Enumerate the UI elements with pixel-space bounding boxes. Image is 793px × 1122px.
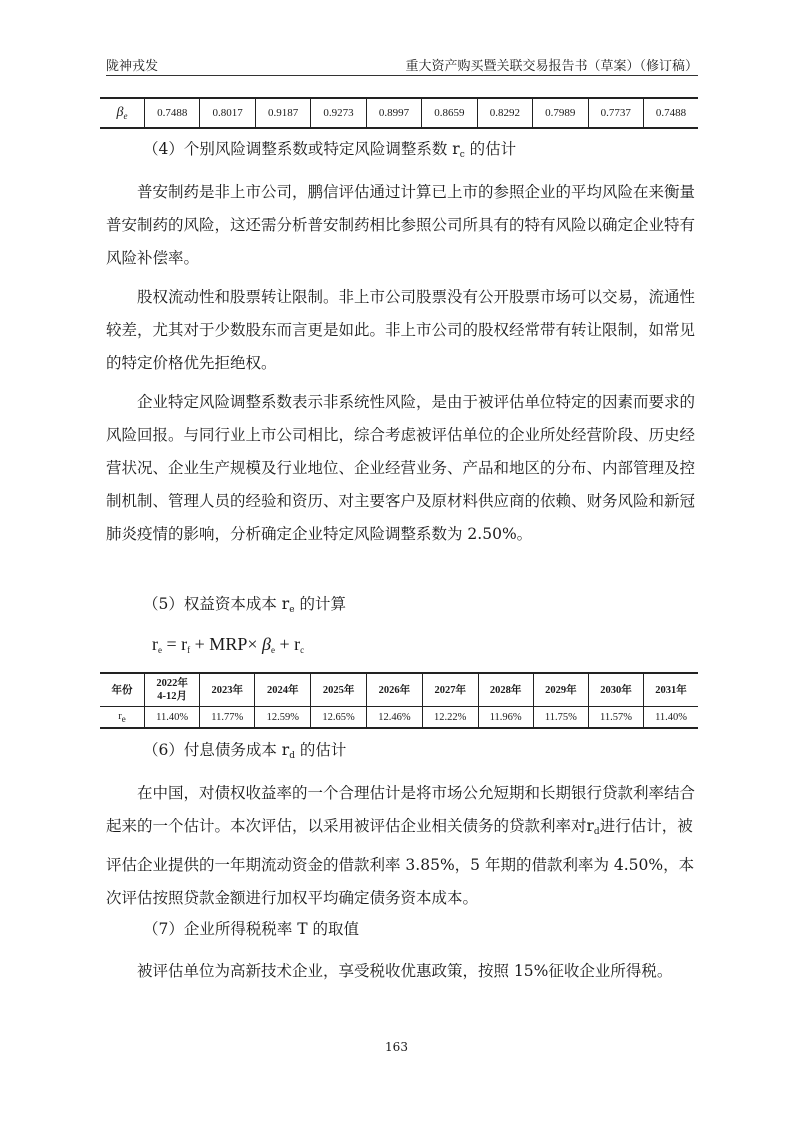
table-cell: 12.59% <box>255 707 311 729</box>
header-company: 陇神戎发 <box>106 55 158 74</box>
column-header: 2031年 <box>644 673 698 707</box>
row-label: βe <box>100 98 145 128</box>
table-cell: 12.65% <box>311 707 367 729</box>
column-header: 年份 <box>100 673 145 707</box>
table-header-row: 年份 2022年 4-12月 2023年 2024年 2025年 2026年 2… <box>100 673 698 707</box>
table-row: re 11.40% 11.77% 12.59% 12.65% 12.46% 12… <box>100 707 698 729</box>
column-header: 2027年 <box>422 673 478 707</box>
table-cell: 11.40% <box>145 707 200 729</box>
column-header: 2030年 <box>588 673 643 707</box>
table-cell: 0.7488 <box>145 98 200 128</box>
table-cell: 0.8659 <box>422 98 477 128</box>
column-header: 2028年 <box>478 673 533 707</box>
table-cell: 0.8997 <box>366 98 421 128</box>
table-cell: 11.40% <box>644 707 698 729</box>
column-header: 2026年 <box>366 673 422 707</box>
column-header: 2023年 <box>200 673 255 707</box>
column-header: 2024年 <box>255 673 311 707</box>
section4-heading: （4）个别风险调整系数或特定风险调整系数 rc 的估计 <box>143 137 516 160</box>
column-header: 2025年 <box>311 673 367 707</box>
column-header: 2022年 4-12月 <box>145 673 200 707</box>
cost-of-equity-table: 年份 2022年 4-12月 2023年 2024年 2025年 2026年 2… <box>100 672 698 729</box>
section6-para: 在中国，对债权收益率的一个合理估计是将市场公允短期和长期银行贷款利率结合起来的一… <box>106 777 698 915</box>
table-row: βe 0.7488 0.8017 0.9187 0.9273 0.8997 0.… <box>100 98 698 128</box>
section6-heading: （6）付息债务成本 rd 的估计 <box>143 738 346 761</box>
page-number: 163 <box>0 1040 793 1054</box>
table-cell: 0.8017 <box>200 98 255 128</box>
table-cell: 0.9187 <box>255 98 310 128</box>
section4-para2: 股权流动性和股票转让限制。非上市公司股票没有公开股票市场可以交易，流通性较差，尤… <box>106 281 698 380</box>
section7-para: 被评估单位为高新技术企业，享受税收优惠政策，按照 15%征收企业所得税。 <box>106 955 698 988</box>
row-label: re <box>100 707 145 729</box>
page-header: 陇神戎发 重大资产购买暨关联交易报告书（草案）（修订稿） <box>106 53 698 76</box>
header-doc-title: 重大资产购买暨关联交易报告书（草案）（修订稿） <box>405 55 698 74</box>
table-cell: 0.7737 <box>588 98 643 128</box>
table-cell: 0.7989 <box>533 98 588 128</box>
table-cell: 0.8292 <box>477 98 532 128</box>
section5-heading: （5）权益资本成本 re 的计算 <box>143 592 346 615</box>
section4-para1: 普安制药是非上市公司，鹏信评估通过计算已上市的参照企业的平均风险在来衡量普安制药… <box>106 176 698 275</box>
table-cell: 11.96% <box>478 707 533 729</box>
beta-table: βe 0.7488 0.8017 0.9187 0.9273 0.8997 0.… <box>100 97 698 129</box>
table-cell: 11.57% <box>588 707 643 729</box>
table-cell: 11.75% <box>533 707 588 729</box>
table-cell: 12.22% <box>422 707 478 729</box>
section7-heading: （7）企业所得税税率 T 的取值 <box>143 917 359 939</box>
cost-of-equity-formula: re = rf + MRP× βe + rc <box>152 634 304 655</box>
section4-para3: 企业特定风险调整系数表示非系统性风险，是由于被评估单位特定的因素而要求的风险回报… <box>106 386 698 551</box>
table-cell: 11.77% <box>200 707 255 729</box>
table-cell: 0.9273 <box>311 98 366 128</box>
table-cell: 0.7488 <box>643 98 698 128</box>
column-header: 2029年 <box>533 673 588 707</box>
table-cell: 12.46% <box>366 707 422 729</box>
